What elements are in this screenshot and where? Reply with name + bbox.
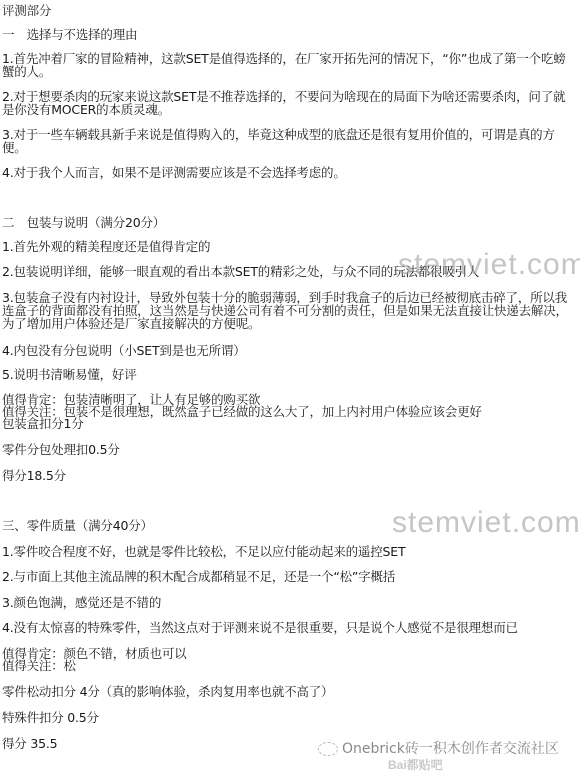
section3-loose-deduction: 零件松动扣分 4分（真的影响体验，杀肉复用率也就不高了） (2, 685, 333, 699)
section1-item-2: 2.对于想要杀肉的玩家来说这款SET是不推荐选择的，不要问为啥现在的局面下为啥还… (2, 90, 576, 116)
section2-item-5: 5.说明书清晰易懂，好评 (2, 368, 137, 382)
section3-special-deduction: 特殊件扣分 0.5分 (2, 711, 99, 725)
section2-item-1: 1.首先外观的精美程度还是值得肯定的 (2, 240, 210, 254)
document-title: 评测部分 (2, 4, 51, 18)
community-watermark-label: Onebrick砖一积木创作者交流社区 (342, 741, 559, 757)
section1-heading: 一 选择与不选择的理由 (2, 28, 137, 42)
section2-heading: 二 包装与说明（满分20分） (2, 216, 165, 230)
section2-parts-deduction: 零件分包处理扣0.5分 (2, 443, 120, 457)
section2-item-3: 3.包装盒子没有内衬设计，导致外包装十分的脆弱薄弱，到手时我盒子的后边已经被彻底… (2, 291, 576, 330)
section3-item-1: 1.零件咬合程度不好，也就是零件比较松，不足以应付能动起来的遥控SET (2, 545, 405, 559)
section1-item-1: 1.首先冲着厂家的冒险精神，这款SET是值得选择的，在厂家开拓先河的情况下，“你… (2, 52, 576, 78)
section1-item-3: 3.对于一些车辆载具新手来说是值得购入的，毕竟这种成型的底盘还是很有复用价值的，… (2, 128, 576, 154)
section1-item-4: 4.对于我个人而言，如果不是评测需要应该是不会选择考虑的。 (2, 166, 346, 180)
section3-item-2: 2.与市面上其他主流品牌的积木配合成都稍显不足，还是一个“松”字概括 (2, 570, 395, 584)
baidu-watermark: Bai都贴吧 (388, 756, 443, 773)
site-watermark: stemviet.com (392, 506, 580, 540)
section2-score: 得分18.5分 (2, 469, 66, 483)
site-watermark: stemviet.com (398, 248, 580, 282)
section2-item-4: 4.内包没有分包说明（小SET到是也无所谓） (2, 344, 246, 358)
section3-concern: 值得关注：松 (2, 660, 76, 672)
community-watermark: Onebrick砖一积木创作者交流社区 (318, 738, 559, 758)
wechat-icon (318, 742, 338, 756)
section3-heading: 三、零件质量（满分40分） (2, 519, 153, 533)
section3-item-4: 4.没有太惊喜的特殊零件，当然这点对于评测来说不是很重要，只是说个人感觉不是很理… (2, 621, 518, 635)
section3-item-3: 3.颜色饱满，感觉还是不错的 (2, 596, 161, 610)
section3-score: 得分 35.5 (2, 737, 57, 751)
section2-box-deduction: 包装盒扣分1分 (2, 418, 84, 430)
